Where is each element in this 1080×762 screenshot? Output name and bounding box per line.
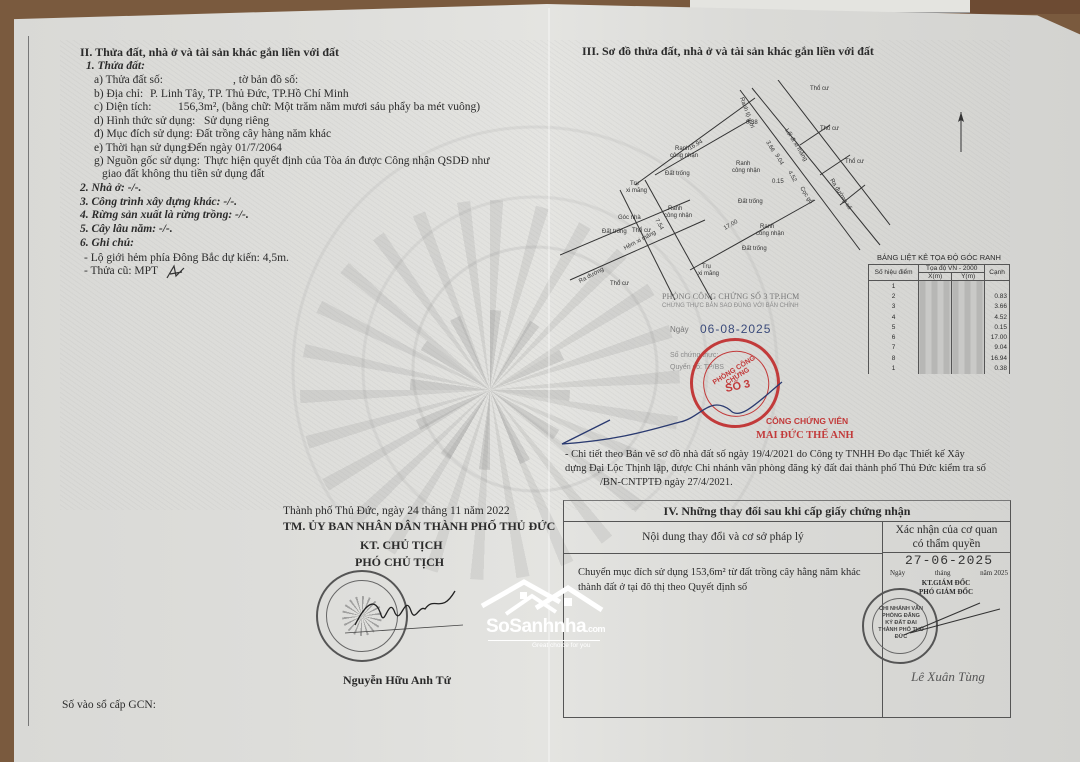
svg-text:Ranh: Ranh — [760, 224, 774, 230]
origin-value: Thực hiện quyết định của Tòa án được Côn… — [204, 154, 490, 168]
issuing-authority: TM. ỦY BAN NHÂN DÂN THÀNH PHỐ THỦ ĐỨC — [283, 519, 555, 533]
svg-text:xi măng: xi măng — [626, 188, 647, 194]
svg-text:Đất trống: Đất trống — [742, 246, 767, 252]
notary-name: MAI ĐỨC THẾ ANH — [756, 430, 854, 441]
notes-heading: 6. Ghi chú: — [80, 236, 134, 250]
address-value: P. Linh Tây, TP. Thủ Đức, TP.Hồ Chí Minh — [150, 87, 349, 101]
coord-row: 1 — [869, 281, 1010, 292]
date-words: Ngàythángnăm 2025 — [890, 569, 1008, 577]
other-construction-item: 3. Công trình xây dựng khác: -/-. — [80, 195, 237, 209]
parcel-heading: 1. Thửa đất: — [86, 59, 145, 73]
detail-note-1: - Chi tiết theo Bản vẽ sơ đồ nhà đất số … — [565, 448, 965, 462]
col-point: Số hiệu điểm — [869, 265, 919, 281]
svg-text:công nhận: công nhận — [732, 168, 760, 174]
origin-value-cont: giao đất không thu tiền sử dụng đất — [102, 167, 264, 181]
north-arrow-icon — [955, 112, 967, 154]
map-sheet-label: , tờ bản đồ số: — [233, 73, 298, 87]
notary-date: 06-08-2025 — [700, 322, 771, 336]
svg-text:3.66: 3.66 — [764, 140, 775, 154]
svg-text:4.52: 4.52 — [786, 170, 797, 184]
land-registry-seal: CHI NHÁNH VĂN PHÒNG ĐĂNG KÝ ĐẤT ĐAI THÀN… — [862, 588, 938, 664]
usage-form-value: Sử dụng riêng — [204, 114, 269, 128]
frame-line — [28, 36, 29, 726]
issue-place-date: Thành phố Thủ Đức, ngày 24 tháng 11 năm … — [283, 504, 510, 518]
area-value: 156,3m², (bằng chữ: Một trăm năm mươi sá… — [178, 100, 480, 114]
svg-text:0.38: 0.38 — [746, 120, 758, 126]
house-item: 2. Nhà ở: -/-. — [80, 181, 141, 195]
svg-text:Cọc gỗ: Cọc gỗ — [798, 185, 814, 205]
usage-purpose-value: Đất trồng cây hàng năm khác — [196, 127, 331, 141]
notary-certify: CHỨNG THỰC BẢN SAO ĐÚNG VỚI BẢN CHÍNH — [662, 303, 799, 309]
usage-form-label: d) Hình thức sử dụng: — [94, 114, 195, 128]
ppc-red-seal — [316, 570, 408, 662]
house-logo-icon — [476, 578, 606, 618]
svg-text:Thổ cư: Thổ cư — [810, 85, 829, 92]
svg-text:Trụ: Trụ — [702, 264, 711, 270]
vice-chair-kt: KT. CHỦ TỊCH — [360, 538, 443, 552]
section4-title: IV. Những thay đổi sau khi cấp giấy chứn… — [564, 501, 1010, 522]
col-edge: Cạnh — [985, 265, 1010, 281]
address-label: b) Địa chỉ: — [94, 87, 143, 101]
svg-text:Đất trống: Đất trống — [665, 171, 690, 177]
svg-text:Ranh: Ranh — [668, 206, 682, 212]
vice-chair-title: PHÓ CHỦ TỊCH — [355, 555, 444, 569]
sosanhnha-watermark: SoSanhnha.com Great choice for you — [472, 578, 612, 658]
perennial-tree-item: 5. Cây lâu năm: -/-. — [80, 222, 173, 236]
svg-text:Thổ cư: Thổ cư — [610, 280, 629, 287]
section2-title: II. Thửa đất, nhà ở và tài sản khác gắn … — [80, 45, 339, 59]
deputy-director-name: Lê Xuân Tùng — [884, 669, 1012, 685]
desk-background — [960, 0, 1080, 14]
registry-number-label: Số vào sổ cấp GCN: — [62, 698, 156, 712]
production-forest-item: 4. Rừng sản xuất là rừng trồng: -/-. — [80, 208, 249, 222]
svg-text:Góc nhà: Góc nhà — [618, 215, 641, 221]
col-y: Y(m) — [952, 273, 985, 281]
usage-purpose-label: đ) Mục đích sử dụng: — [94, 127, 193, 141]
svg-text:7.54: 7.54 — [653, 218, 664, 232]
notary-office: PHÒNG CÔNG CHỨNG SỐ 3 TP.HCM — [662, 292, 799, 301]
svg-text:Thổ cư: Thổ cư — [845, 158, 864, 165]
svg-text:công nhận: công nhận — [670, 153, 698, 159]
usage-term-value: Đến ngày 01/7/2064 — [188, 141, 282, 155]
confirmation-date: 27-06-2025 — [894, 553, 1004, 568]
detail-note-2: dựng Đại Lộc Thịnh lập, được Chi nhánh v… — [565, 462, 986, 476]
svg-text:Đất trống: Đất trống — [738, 199, 763, 205]
map-labels: Thổ cư Thổ cư Thổ cư Ranh công nhận Đất … — [578, 85, 864, 287]
note-old-parcel: - Thửa cũ: MPT — [84, 264, 158, 278]
svg-text:Ranh: Ranh — [736, 161, 750, 167]
svg-text:0.15: 0.15 — [772, 179, 784, 185]
svg-text:xi măng: xi măng — [698, 271, 719, 277]
coord-table-caption: BẢNG LIỆT KÊ TỌA ĐỘ GÓC RANH — [868, 253, 1010, 262]
vice-chair-name: Nguyễn Hữu Anh Tứ — [343, 673, 451, 687]
parcel-number-label: a) Thửa đất số: — [94, 73, 163, 87]
svg-text:Lối đi xi măng: Lối đi xi măng — [783, 128, 808, 163]
svg-text:công nhận: công nhận — [756, 231, 784, 237]
svg-text:Ra đường: Ra đường — [578, 267, 605, 285]
changes-column-header: Nội dung thay đổi và cơ sở pháp lý — [564, 521, 882, 554]
redacted-x — [919, 281, 952, 374]
detail-note-3: /BN-CNTPTĐ ngày 27/4/2021. — [600, 476, 733, 490]
svg-text:Trụ: Trụ — [630, 181, 639, 187]
col-x: X(m) — [919, 273, 952, 281]
usage-term-label: e) Thời hạn sử dụng: — [94, 141, 190, 155]
area-label: c) Diện tích: — [94, 100, 151, 114]
section3-title: III. Sơ đồ thửa đất, nhà ở và tài sản kh… — [582, 44, 874, 58]
col-system: Tọa độ VN - 2000 — [919, 265, 985, 273]
confirmation-column-header: Xác nhận của cơ quan có thẩm quyền — [882, 521, 1010, 553]
svg-text:9.04: 9.04 — [773, 153, 784, 167]
section4-changes-table: IV. Những thay đổi sau khi cấp giấy chứn… — [563, 500, 1011, 718]
svg-text:Thổ cư: Thổ cư — [820, 125, 839, 132]
change-entry: Chuyển mục đích sử dụng 153,6m² từ đất t… — [578, 565, 878, 595]
origin-label: g) Nguồn gốc sử dụng: — [94, 154, 200, 168]
parcel-sketch-map: Thổ cư Thổ cư Thổ cư Ranh công nhận Đất … — [560, 80, 920, 300]
svg-text:công nhận: công nhận — [664, 213, 692, 219]
notary-role: CÔNG CHỨNG VIÊN — [766, 416, 848, 426]
svg-text:Ra đường số: Ra đường số — [828, 178, 852, 212]
note-road-boundary: - Lộ giới hẻm phía Đông Bắc dự kiến: 4,5… — [84, 251, 289, 265]
notary-date-label: Ngày — [670, 325, 689, 334]
corner-coordinate-table: BẢNG LIỆT KÊ TỌA ĐỘ GÓC RANH Số hiệu điể… — [868, 253, 1010, 374]
svg-text:16.94: 16.94 — [688, 139, 705, 152]
svg-text:17.00: 17.00 — [723, 219, 740, 232]
svg-text:Đất trống: Đất trống — [602, 229, 627, 235]
redacted-y — [952, 281, 985, 374]
